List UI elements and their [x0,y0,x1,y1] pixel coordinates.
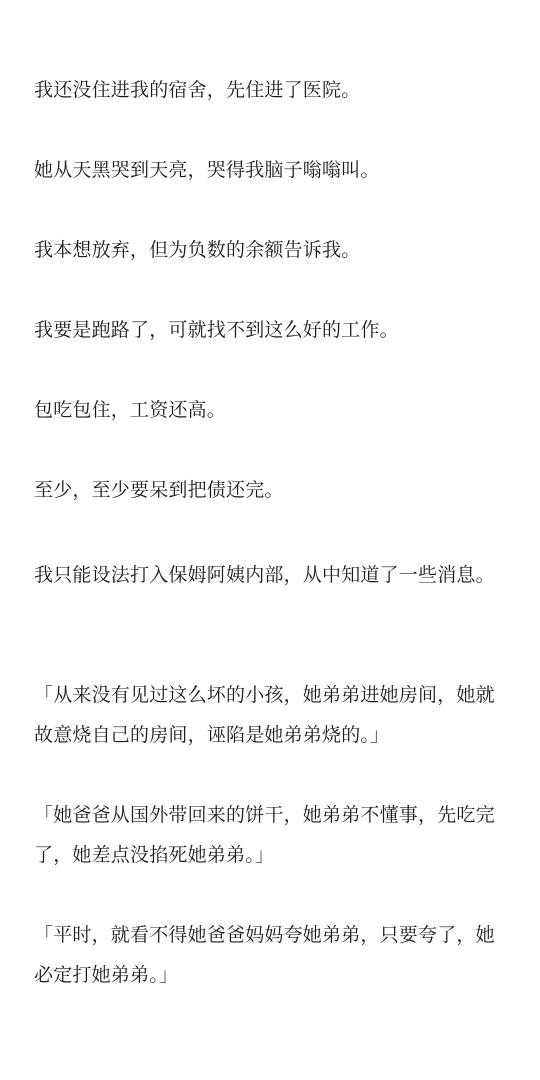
paragraph: 至少，至少要呆到把债还完。 [34,470,510,510]
paragraph: 我还没住进我的宿舍，先住进了医院。 [34,70,510,110]
paragraph: 我要是跑路了，可就找不到这么好的工作。 [34,310,510,350]
quote-paragraph: 「她爸爸从国外带回来的饼干，她弟弟不懂事，先吃完了，她差点没掐死她弟弟。」 [34,795,510,875]
paragraph: 我本想放弃，但为负数的余额告诉我。 [34,230,510,270]
paragraph: 包吃包住，工资还高。 [34,390,510,430]
paragraph: 我只能设法打入保姆阿姨内部，从中知道了一些消息。 [34,555,510,595]
quote-paragraph: 「从来没有见过这么坏的小孩，她弟弟进她房间，她就故意烧自己的房间，诬陷是她弟弟烧… [34,675,510,755]
paragraph: 她从天黑哭到天亮，哭得我脑子嗡嗡叫。 [34,150,510,190]
quote-paragraph: 「平时，就看不得她爸爸妈妈夸她弟弟，只要夸了，她必定打她弟弟。」 [34,915,510,995]
